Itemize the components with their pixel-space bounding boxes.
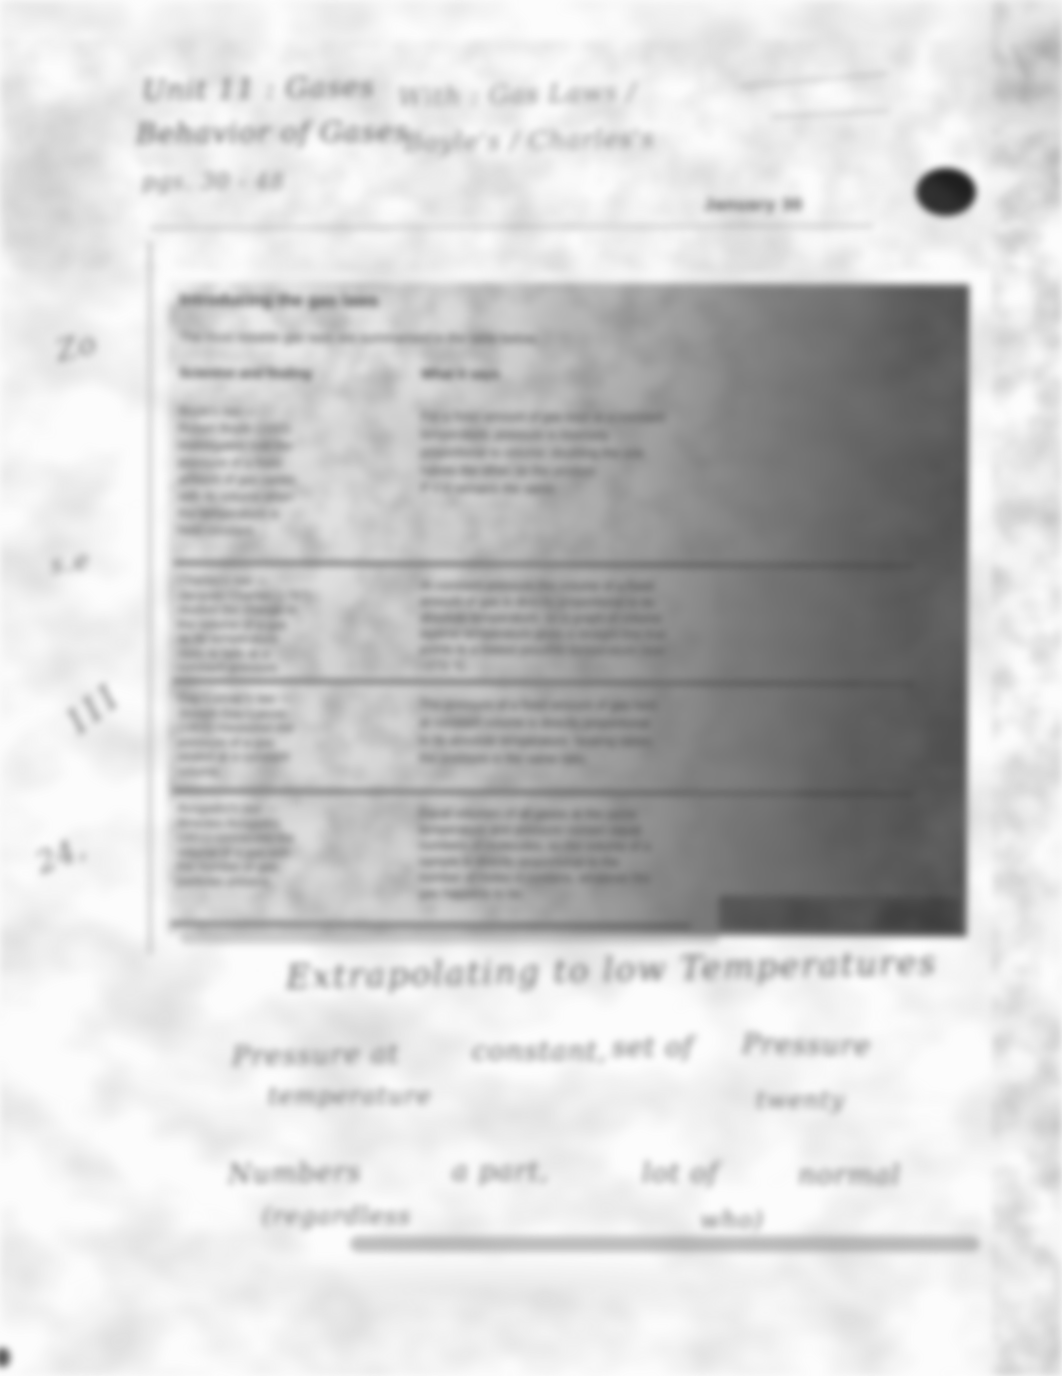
table-text-line: Boyle's law — (179, 403, 414, 421)
margin-scribble: 24, (31, 830, 91, 881)
handwritten-word: lot of (642, 1158, 719, 1189)
scan-smudge (0, 80, 134, 300)
table-text-line: rises or falls at a (178, 646, 413, 662)
table-title: Introducing the gas laws (179, 290, 378, 311)
table-column-header: What it says (421, 366, 500, 381)
margin-scribble: Zo (52, 326, 100, 370)
handwritten-word: (regardless (262, 1202, 411, 1230)
handwritten-word: constant, (472, 1036, 607, 1067)
gas-laws-table: Introducing the gas laws The most notabl… (167, 281, 970, 936)
table-text-line: −273 °C. (420, 657, 898, 675)
handwritten-word: twenty (756, 1086, 845, 1114)
table-cell-left: Boyle's law —Robert Boyle (1662)investig… (178, 403, 414, 540)
table-text-line: studied the change in (178, 602, 413, 618)
printed-header-note: January 30 (704, 195, 803, 215)
table-text-line: at constant volume is directly proportio… (419, 713, 897, 733)
table-text-line: Robert Boyle (1662) (179, 420, 414, 438)
table-row: Avogadro's law —Amedeo Avogadro(1811) co… (177, 801, 957, 804)
table-text-line: Charles's law — (178, 573, 413, 589)
scan-smudge (350, 1236, 980, 1252)
table-text-line: sealed at a constant (177, 749, 412, 765)
table-text-line: proportional to volume: doubling the one (421, 443, 899, 463)
table-cell-right: At constant pressure the volume of a fix… (420, 574, 898, 675)
table-text-line: constant pressure. (178, 660, 413, 676)
table-text-line: P × V remains the same. (420, 479, 898, 499)
table-text-line: with its volume when (178, 488, 413, 506)
scan-smudge (928, 0, 1062, 156)
table-text-line: Gay-Lussac's law — (178, 691, 413, 707)
table-text-line: the number of gas (177, 859, 412, 875)
table-text-line: For a fixed amount of gas kept at a cons… (421, 407, 899, 427)
table-row-separator (174, 679, 914, 685)
handwritten-word: Pressure at (232, 1039, 400, 1073)
table-text-line: held constant. (178, 522, 413, 540)
scan-smudge (180, 930, 720, 944)
table-row-separator (174, 561, 914, 567)
table-column-header: Scientist and finding (179, 365, 312, 381)
table-cell-left: Gay-Lussac's law —Joseph Gay-Lussac(1802… (177, 691, 412, 779)
margin-scribble: s.e (48, 545, 92, 580)
handwritten-word: Pressure (742, 1029, 872, 1062)
handwritten-page-range: pgs. 30 - 48 (142, 170, 285, 195)
table-text-line: (1811) connected the (177, 830, 412, 846)
scan-smudge (60, 1252, 920, 1328)
table-row-separator (173, 789, 913, 795)
table-bottom-edge-smudge (171, 921, 691, 928)
table-text-line: the temperature is (178, 505, 413, 523)
table-text-line: Avogadro's law — (177, 801, 412, 817)
handwritten-heading-line: Unit 11 : Gases (142, 70, 376, 107)
table-text-line: particles present. (177, 874, 412, 890)
table-text-line: as its temperature (178, 631, 413, 647)
handwritten-word: a part, (452, 1156, 549, 1187)
scanned-page: Unit 11 : Gases Behavior of Gases pgs. 3… (0, 0, 1062, 1376)
handwritten-subheading-line: With : Gas Laws / (398, 77, 637, 112)
table-text-line: temperature, pressure is inversely (421, 425, 899, 445)
table-text-line: pressure of a fixed (179, 454, 414, 472)
punch-hole-dot (916, 168, 976, 216)
table-intro-text: The most notable gas laws are summarised… (179, 329, 538, 346)
table-text-line: investigated how the (179, 437, 414, 455)
table-row: Boyle's law —Robert Boyle (1662)investig… (179, 403, 959, 406)
handwritten-word: temperature (268, 1082, 432, 1110)
handwritten-word: normal (798, 1160, 901, 1191)
table-text-line: to its absolute temperature: heating rai… (419, 731, 897, 751)
table-text-line: Jacques Charles (1787) (178, 588, 413, 604)
handwritten-word: set of (612, 1032, 694, 1063)
table-cell-right: The pressure of a fixed amount of gas he… (419, 692, 897, 769)
table-text-line: The pressure of a fixed amount of gas he… (420, 695, 898, 715)
table-text-line: volume of a gas with (177, 845, 412, 861)
table-text-line: amount of gas varies (179, 471, 414, 489)
table-cell-left: Charles's law —Jacques Charles (1787)stu… (178, 573, 413, 676)
table-cell-right: For a fixed amount of gas kept at a cons… (420, 404, 898, 499)
table-text-line: Amedeo Avogadro (177, 816, 412, 832)
table-cell-left: Avogadro's law —Amedeo Avogadro(1811) co… (177, 801, 412, 889)
table-text-line: pressure of a gas (177, 735, 412, 751)
notebook-margin-line (149, 242, 151, 954)
handwritten-heading-line: Behavior of Gases (136, 115, 410, 150)
table-corner-smudge (719, 896, 959, 931)
table-text-line: the volume of a gas (178, 617, 413, 633)
ghost-stroke (770, 109, 890, 119)
table-row: Gay-Lussac's law —Joseph Gay-Lussac(1802… (178, 691, 958, 694)
table-text-line: halves the other, so the product (421, 461, 899, 481)
handwritten-note-extrapolating: Extrapolating to low Temperatures (286, 943, 938, 997)
table-text-line: Joseph Gay-Lussac (178, 706, 413, 722)
ruled-divider-line (150, 225, 874, 229)
table-cell-right: Equal volumes of all gases at the samete… (419, 802, 897, 903)
handwritten-word: who) (700, 1206, 764, 1234)
table-row: Charles's law —Jacques Charles (1787)stu… (178, 573, 958, 576)
ghost-stroke (740, 71, 890, 88)
margin-scribble: III (60, 674, 131, 741)
scan-edge-mark (0, 1348, 10, 1367)
handwritten-subheading-line: Boyle's / Charles's (404, 124, 655, 157)
table-text-line: the pressure in the same ratio. (419, 749, 897, 769)
table-text-line: (1802) measured the (177, 720, 412, 736)
table-text-line: volume. (177, 764, 412, 780)
table-text-line: points to a lowest possible temperature … (420, 641, 898, 659)
handwritten-word: Numbers (228, 1157, 362, 1190)
